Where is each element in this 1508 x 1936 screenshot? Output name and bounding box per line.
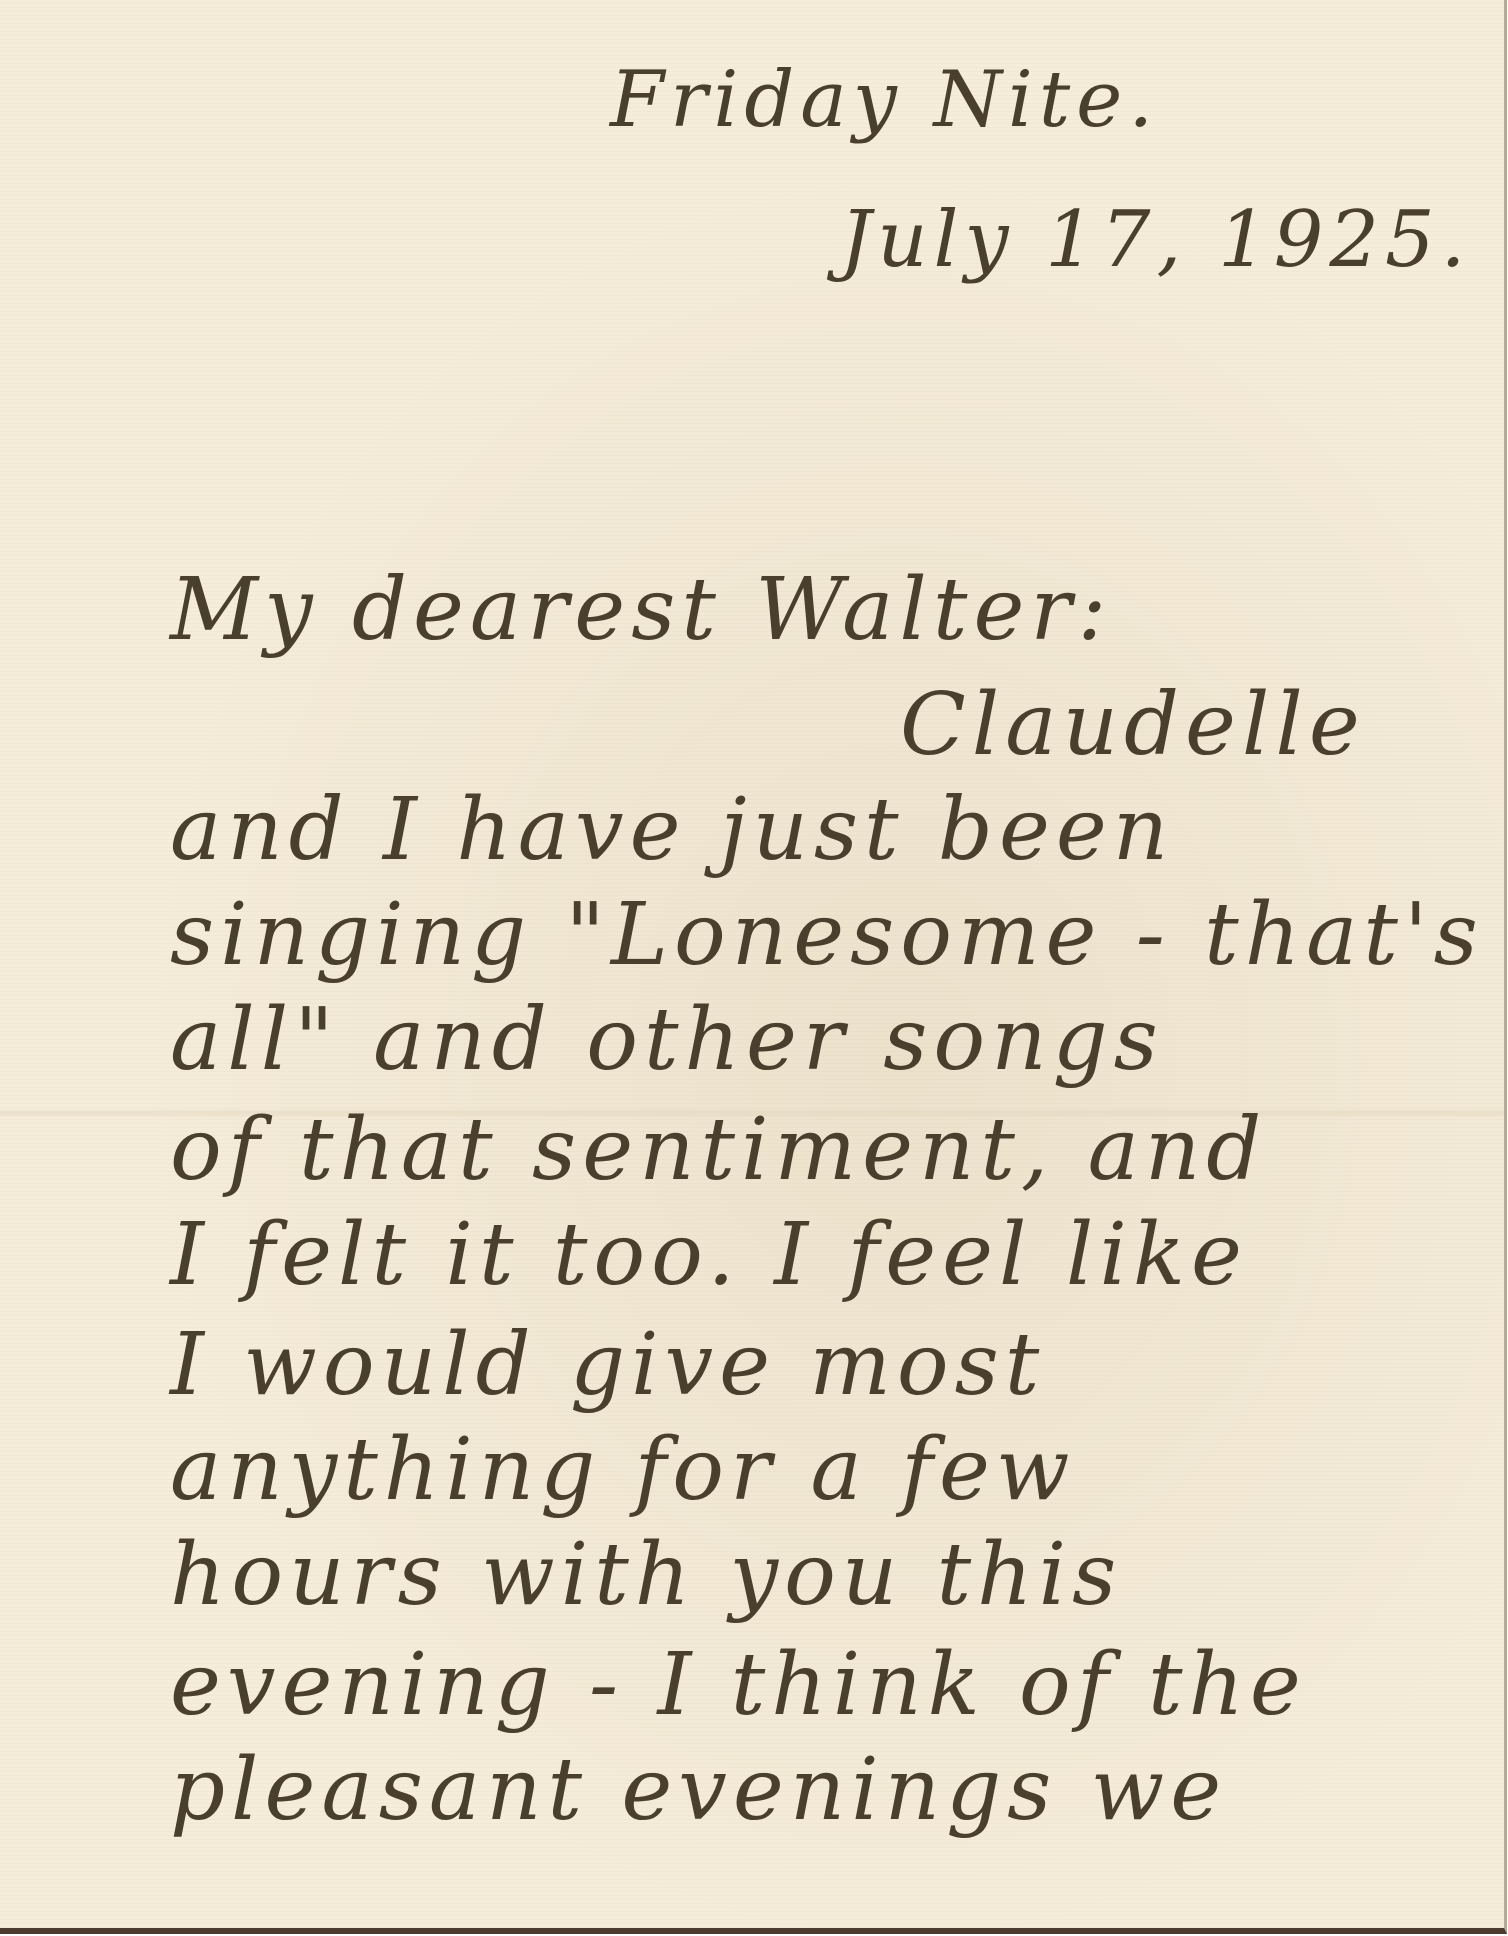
body-line: and I have just been	[170, 780, 1174, 880]
body-line: Claudelle	[900, 675, 1366, 775]
body-line: pleasant evenings we	[170, 1740, 1227, 1840]
salutation: My dearest Walter:	[170, 560, 1112, 660]
body-line: of that sentiment, and	[170, 1100, 1267, 1200]
body-line: hours with you this	[170, 1525, 1122, 1625]
letter-date: July 17, 1925.	[840, 195, 1471, 285]
body-line: singing "Lonesome - that's	[170, 885, 1484, 985]
body-line: anything for a few	[170, 1420, 1075, 1520]
body-line: evening - I think of the	[170, 1635, 1307, 1735]
body-line: I felt it too. I feel like	[170, 1205, 1248, 1305]
body-line: I would give most	[170, 1315, 1045, 1415]
letter-day: Friday Nite.	[610, 55, 1159, 145]
body-line: all" and other songs	[170, 990, 1164, 1090]
letter-page: Friday Nite. July 17, 1925. My dearest W…	[0, 0, 1507, 1934]
